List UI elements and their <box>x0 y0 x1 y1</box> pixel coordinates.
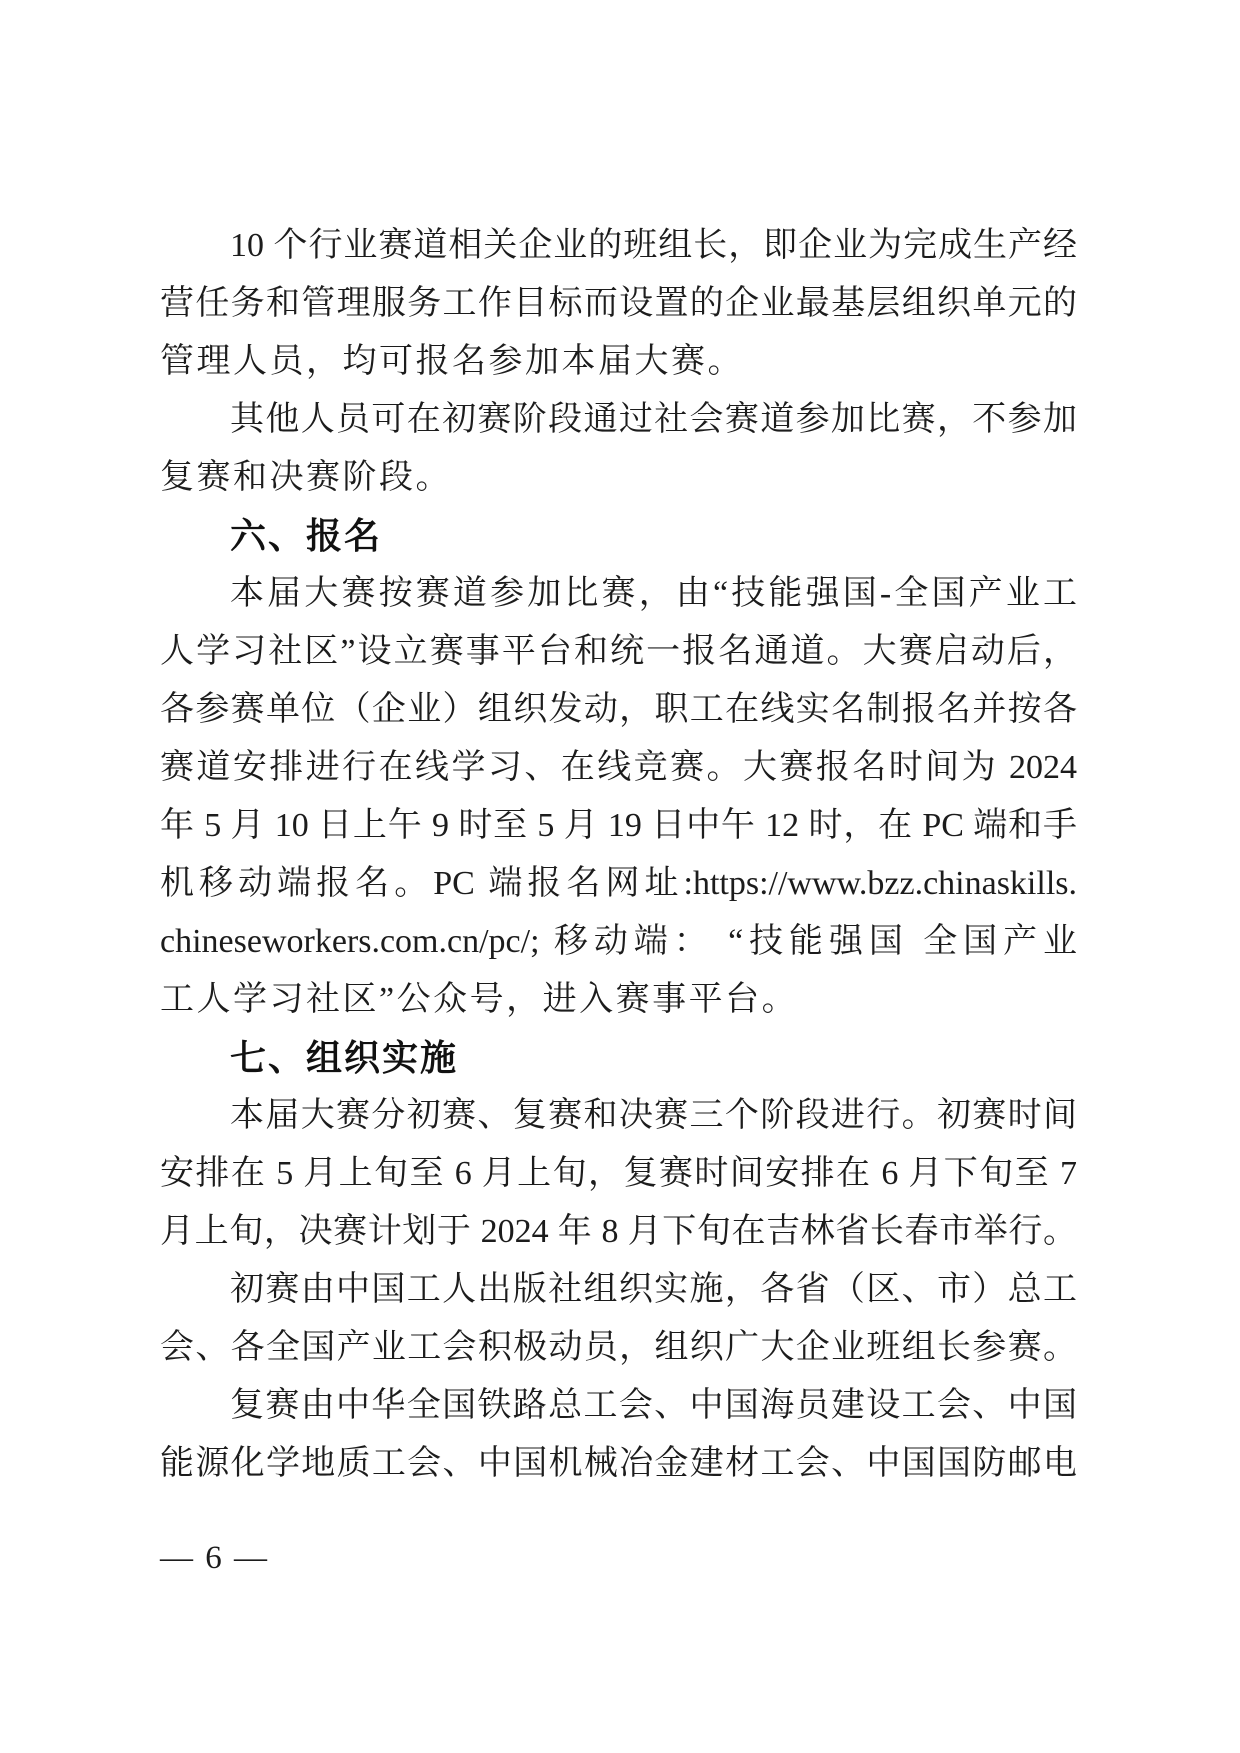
document-line: 能源化学地质工会、中国机械冶金建材工会、中国国防邮电 <box>160 1435 1077 1493</box>
document-line: 本届大赛按赛道参加比赛，由“技能强国-全国产业工 <box>160 565 1077 623</box>
document-line: 各参赛单位（企业）组织发动，职工在线实名制报名并按各 <box>160 681 1077 739</box>
document-line: 安排在 5 月上旬至 6 月上旬，复赛时间安排在 6 月下旬至 7 <box>160 1145 1077 1203</box>
document-line: 其他人员可在初赛阶段通过社会赛道参加比赛，不参加 <box>160 391 1077 449</box>
document-body: 10 个行业赛道相关企业的班组长，即企业为完成生产经营任务和管理服务工作目标而设… <box>160 217 1077 1493</box>
section-heading: 六、报名 <box>160 507 1077 565</box>
document-line: 本届大赛分初赛、复赛和决赛三个阶段进行。初赛时间 <box>160 1087 1077 1145</box>
document-line: 工人学习社区”公众号，进入赛事平台。 <box>160 971 1077 1029</box>
document-line: 管理人员，均可报名参加本届大赛。 <box>160 333 1077 391</box>
document-line: 初赛由中国工人出版社组织实施，各省（区、市）总工 <box>160 1261 1077 1319</box>
document-line: 月上旬，决赛计划于 2024 年 8 月下旬在吉林省长春市举行。 <box>160 1203 1077 1261</box>
document-line: 会、各全国产业工会积极动员，组织广大企业班组长参赛。 <box>160 1319 1077 1377</box>
document-line: 营任务和管理服务工作目标而设置的企业最基层组织单元的 <box>160 275 1077 333</box>
document-line: 年 5 月 10 日上午 9 时至 5 月 19 日中午 12 时，在 PC 端… <box>160 797 1077 855</box>
document-line: 10 个行业赛道相关企业的班组长，即企业为完成生产经 <box>160 217 1077 275</box>
section-heading: 七、组织实施 <box>160 1029 1077 1087</box>
document-line: 赛道安排进行在线学习、在线竞赛。大赛报名时间为 2024 <box>160 739 1077 797</box>
page-number: — 6 — <box>160 1538 269 1578</box>
document-line: 人学习社区”设立赛事平台和统一报名通道。大赛启动后， <box>160 623 1077 681</box>
document-line: 机移动端报名。PC 端报名网址:https://www.bzz.chinaski… <box>160 855 1077 913</box>
document-line: 复赛由中华全国铁路总工会、中国海员建设工会、中国 <box>160 1377 1077 1435</box>
document-line: chineseworkers.com.cn/pc/; 移动端： “技能强国 全国… <box>160 913 1077 971</box>
document-page: 10 个行业赛道相关企业的班组长，即企业为完成生产经营任务和管理服务工作目标而设… <box>0 0 1240 1753</box>
document-line: 复赛和决赛阶段。 <box>160 449 1077 507</box>
